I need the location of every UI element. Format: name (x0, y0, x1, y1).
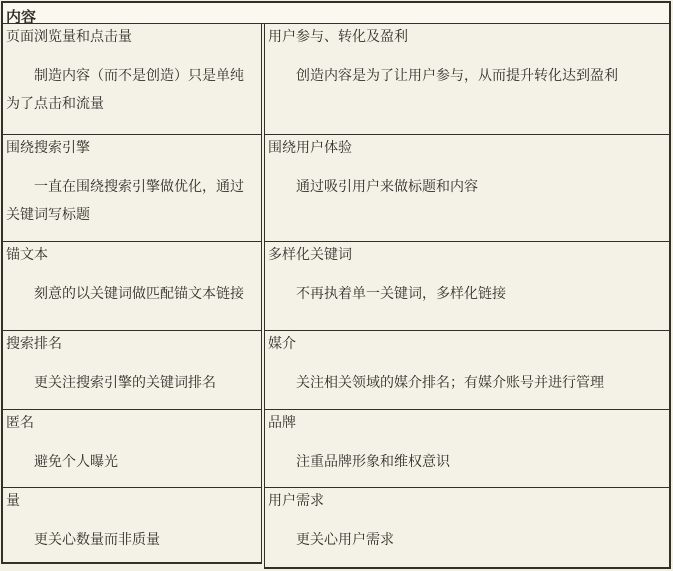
table-cell-right-6: 用户需求 更关心用户需求 (264, 487, 671, 569)
table-cell-left-4: 搜索排名 更关注搜索引擎的关键词排名 (1, 330, 262, 410)
table-cell-right-4: 媒介 关注相关领域的媒介排名；有媒介账号并进行管理 (264, 330, 671, 410)
table-cell-right-1: 用户参与、转化及盈利 创造内容是为了让用户参与，从而提升转化达到盈利 (264, 23, 671, 135)
cell-title: 多样化关键词 (268, 246, 661, 265)
cell-title: 量 (6, 492, 253, 511)
cell-body: 关注相关领域的媒介排名；有媒介账号并进行管理 (268, 369, 661, 397)
cell-body: 不再执着单一关键词，多样化链接 (268, 280, 661, 308)
cell-title: 品牌 (268, 414, 661, 433)
table-cell-left-1: 页面浏览量和点击量 制造内容（而不是创造）只是单纯为了点击和流量 (1, 23, 262, 135)
table-cell-right-2: 围绕用户体验 通过吸引用户来做标题和内容 (264, 134, 671, 242)
table-cell-right-5: 品牌 注重品牌形象和维权意识 (264, 409, 671, 488)
cell-title: 页面浏览量和点击量 (6, 28, 253, 47)
cell-body: 避免个人曝光 (6, 448, 253, 476)
table-cell-left-5: 匿名 避免个人曝光 (1, 409, 262, 488)
table-header: 内容 (1, 1, 671, 24)
table-cell-left-2: 围绕搜索引擎 一直在围绕搜索引擎做优化，通过关键词写标题 (1, 134, 262, 242)
cell-title: 围绕用户体验 (268, 139, 661, 158)
cell-title: 用户需求 (268, 492, 661, 511)
table-cell-left-6: 量 更关心数量而非质量 (1, 487, 262, 564)
table-cell-right-3: 多样化关键词 不再执着单一关键词，多样化链接 (264, 241, 671, 331)
table-cell-left-3: 锚文本 刻意的以关键词做匹配锚文本链接 (1, 241, 262, 331)
cell-body: 制造内容（而不是创造）只是单纯为了点击和流量 (6, 62, 253, 118)
cell-body: 更关心数量而非质量 (6, 526, 253, 554)
cell-body: 创造内容是为了让用户参与，从而提升转化达到盈利 (268, 62, 661, 90)
cell-title: 搜索排名 (6, 335, 253, 354)
cell-body: 刻意的以关键词做匹配锚文本链接 (6, 280, 253, 308)
old-approach-column: 页面浏览量和点击量 制造内容（而不是创造）只是单纯为了点击和流量 围绕搜索引擎 … (1, 23, 262, 564)
cell-title: 媒介 (268, 335, 661, 354)
cell-title: 匿名 (6, 414, 253, 433)
cell-body: 通过吸引用户来做标题和内容 (268, 173, 661, 201)
cell-title: 锚文本 (6, 246, 253, 265)
cell-title: 围绕搜索引擎 (6, 139, 253, 158)
cell-body: 更关心用户需求 (268, 526, 661, 554)
cell-title: 用户参与、转化及盈利 (268, 28, 661, 47)
cell-body: 更关注搜索引擎的关键词排名 (6, 369, 253, 397)
cell-body: 注重品牌形象和维权意识 (268, 448, 661, 476)
new-approach-column: 用户参与、转化及盈利 创造内容是为了让用户参与，从而提升转化达到盈利 围绕用户体… (264, 23, 671, 569)
cell-body: 一直在围绕搜索引擎做优化，通过关键词写标题 (6, 173, 253, 229)
